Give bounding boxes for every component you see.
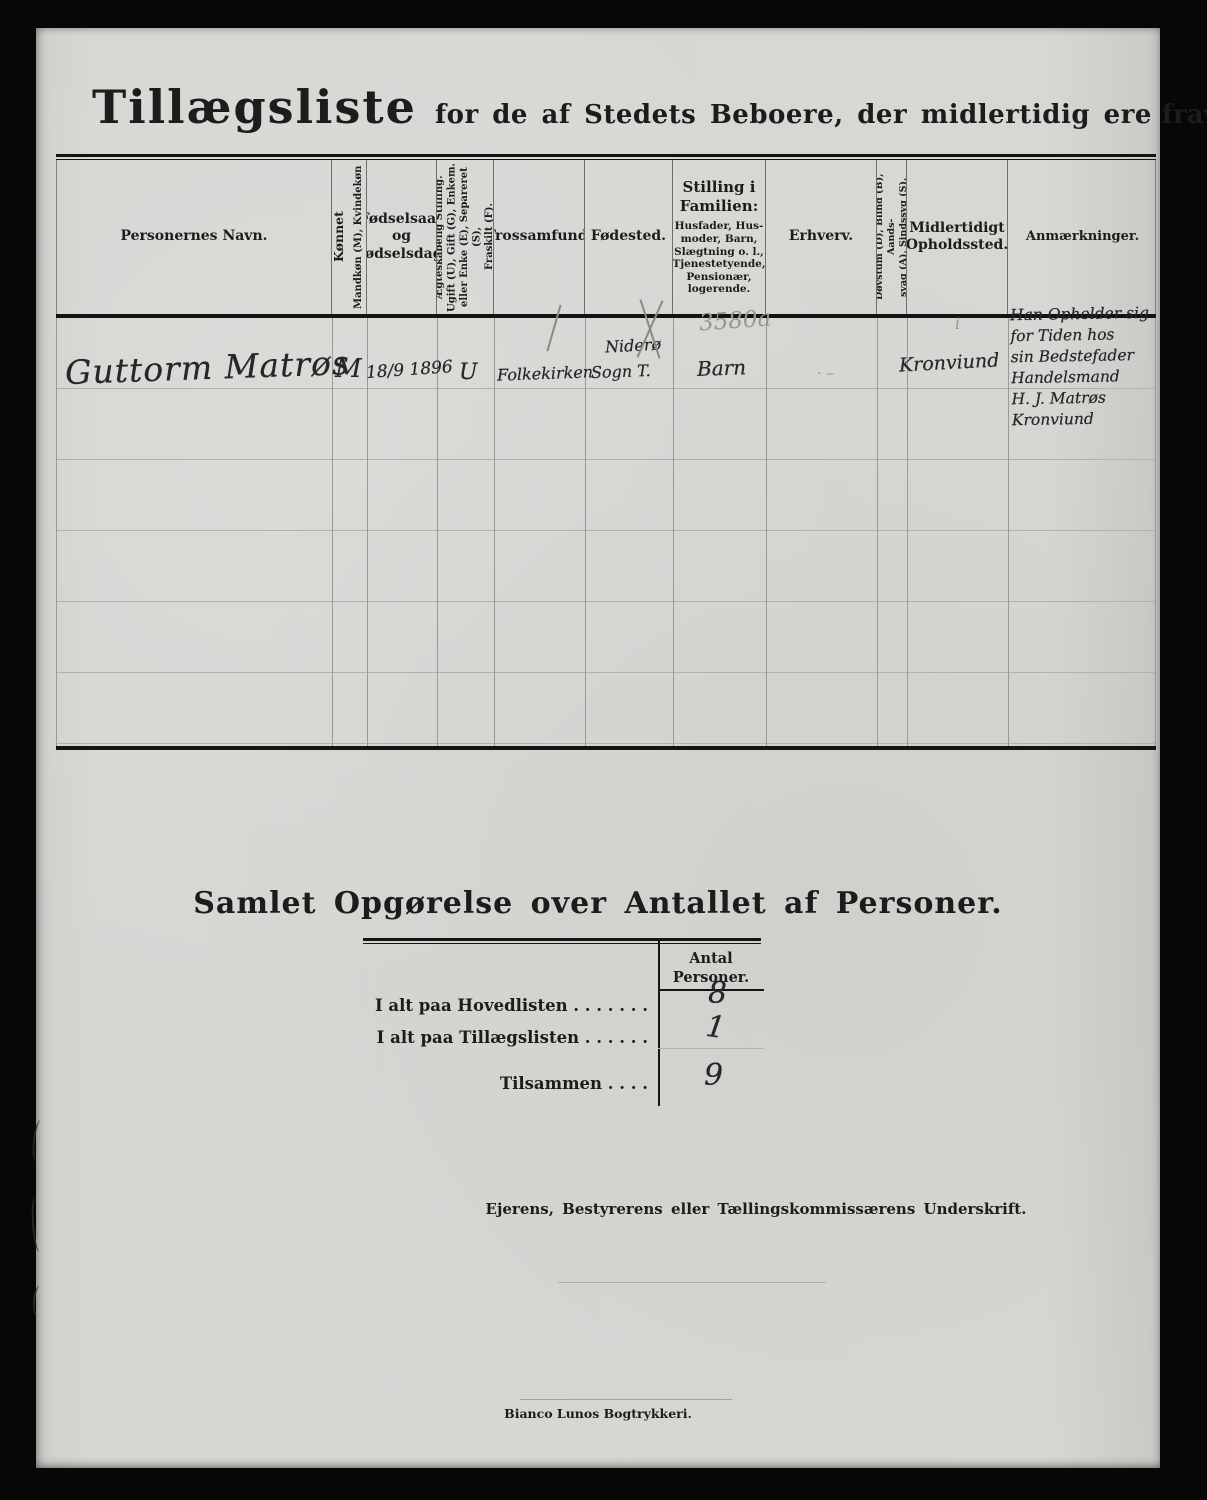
entry-religion: Folkekirken bbox=[497, 362, 594, 384]
page-title-main: Tillægsliste bbox=[92, 80, 417, 134]
entry-birthplace-line2: Sogn T. bbox=[591, 361, 651, 382]
binding-mark bbox=[32, 1286, 46, 1317]
header-anmaerkninger: Anmærkninger. bbox=[1008, 160, 1157, 314]
entry-remarks: Han Opholder sig for Tiden hos sin Bedst… bbox=[1010, 303, 1158, 432]
pencil-letter-annotation: i bbox=[955, 314, 960, 333]
header-doevstum: Døvstum (D), Blind (B), Aands- svag (A),… bbox=[877, 160, 907, 314]
page-title: Tillægsliste for de af Stedets Beboere, … bbox=[92, 80, 1207, 134]
binding-mark bbox=[31, 1120, 46, 1163]
summary-row-tilsammen-label: Tilsammen . . . . bbox=[296, 1074, 648, 1093]
column-line bbox=[1008, 318, 1009, 746]
column-line bbox=[585, 318, 586, 746]
printer-rule bbox=[520, 1399, 732, 1400]
summary-row-hovedlisten-value: 8 bbox=[708, 976, 727, 1011]
page-title-rest: for de af Stedets Beboere, der midlertid… bbox=[435, 100, 1152, 130]
header-personernes-navn: Personernes Navn. bbox=[57, 160, 332, 314]
header-label: Personernes Navn. bbox=[120, 228, 267, 246]
scanned-census-page: { "title": { "main": "Tillægsliste", "re… bbox=[0, 0, 1207, 1500]
entry-temporary-residence: Kronviund bbox=[898, 349, 999, 376]
column-line bbox=[494, 318, 495, 746]
header-stilling-i-familien: Stilling i Familien: Husfader, Hus- mode… bbox=[673, 160, 766, 314]
header-label: Trossamfund. bbox=[494, 228, 585, 246]
summary-row-tillaegslisten-label: I alt paa Tillægslisten . . . . . . bbox=[296, 1028, 648, 1047]
table-body-grid: Guttorm Matrøs M 18/9 1896 U Folkekirken… bbox=[56, 318, 1156, 746]
summary-row-tillaegslisten-value: 1 bbox=[704, 1009, 728, 1046]
summary-row-hovedlisten-label: I alt paa Hovedlisten . . . . . . . bbox=[296, 996, 648, 1015]
header-foedested: Fødested. bbox=[585, 160, 673, 314]
header-label: Fødested. bbox=[591, 228, 666, 246]
paper-sheet: Tillægsliste for de af Stedets Beboere, … bbox=[36, 28, 1160, 1468]
signature-caption: Ejerens, Bestyrerens eller Tællingskommi… bbox=[436, 1200, 1076, 1218]
entry-sex: M bbox=[335, 354, 362, 384]
rotated-header-text: Kønnet Mandkøn (M), Kvindekøn (K). bbox=[332, 162, 367, 312]
summary-faint-line bbox=[658, 1048, 764, 1049]
summary-top-rule bbox=[363, 938, 761, 944]
header-label: Midlertidigt Opholdssted. bbox=[907, 220, 1008, 255]
header-trossamfund: Trossamfund. bbox=[494, 160, 585, 314]
header-foedselsaar: Fødselsaar og Fødselsdag. bbox=[367, 160, 437, 314]
entry-name: Guttorm Matrøs bbox=[64, 343, 350, 392]
table-bottom-rule bbox=[56, 746, 1156, 750]
header-koennet: Kønnet Mandkøn (M), Kvindekøn (K). bbox=[332, 160, 367, 314]
summary-title: Samlet Opgørelse over Antallet af Person… bbox=[36, 886, 1160, 921]
entry-birthdate: 18/9 1896 bbox=[365, 357, 453, 383]
header-label: Stilling i Familien: bbox=[680, 178, 759, 216]
census-table: Personernes Navn. Kønnet Mandkøn (M), Kv… bbox=[56, 154, 1156, 750]
header-midlertidigt-opholdssted: Midlertidigt Opholdssted. bbox=[907, 160, 1008, 314]
table-header-row: Personernes Navn. Kønnet Mandkøn (M), Kv… bbox=[56, 160, 1156, 314]
entry-family-position: Barn bbox=[697, 355, 747, 381]
header-label: Erhverv. bbox=[789, 228, 853, 246]
printer-imprint: Bianco Lunos Bogtrykkeri. bbox=[408, 1406, 788, 1421]
header-aegteskabelig-stilling: Ægteskabelig Stilling. Ugift (U), Gift (… bbox=[437, 160, 494, 314]
column-line bbox=[877, 318, 878, 746]
entry-marital-status: U bbox=[459, 360, 478, 385]
entry-occupation-dash: · – bbox=[817, 364, 834, 382]
summary-row-tilsammen-value: 9 bbox=[704, 1058, 723, 1093]
column-line bbox=[437, 318, 438, 746]
header-label: Fødselsaar og Fødselsdag. bbox=[367, 211, 437, 264]
header-erhverv: Erhverv. bbox=[766, 160, 877, 314]
summary-vertical-rule bbox=[658, 938, 660, 1106]
column-line bbox=[766, 318, 767, 746]
pencil-number-annotation: 3580a bbox=[698, 306, 772, 337]
header-label: Anmærkninger. bbox=[1026, 229, 1139, 245]
signature-faint-line bbox=[558, 1282, 826, 1283]
rotated-header-text: Døvstum (D), Blind (B), Aands- svag (A),… bbox=[877, 162, 907, 312]
binding-mark bbox=[30, 1196, 45, 1253]
column-line bbox=[673, 318, 674, 746]
rotated-header-text: Ægteskabelig Stilling. Ugift (U), Gift (… bbox=[437, 162, 494, 312]
page-title-emphasis: fraværende. bbox=[1162, 100, 1207, 130]
header-sublabel: Husfader, Hus- moder, Barn, Slægtning o.… bbox=[673, 220, 766, 296]
column-line bbox=[907, 318, 908, 746]
